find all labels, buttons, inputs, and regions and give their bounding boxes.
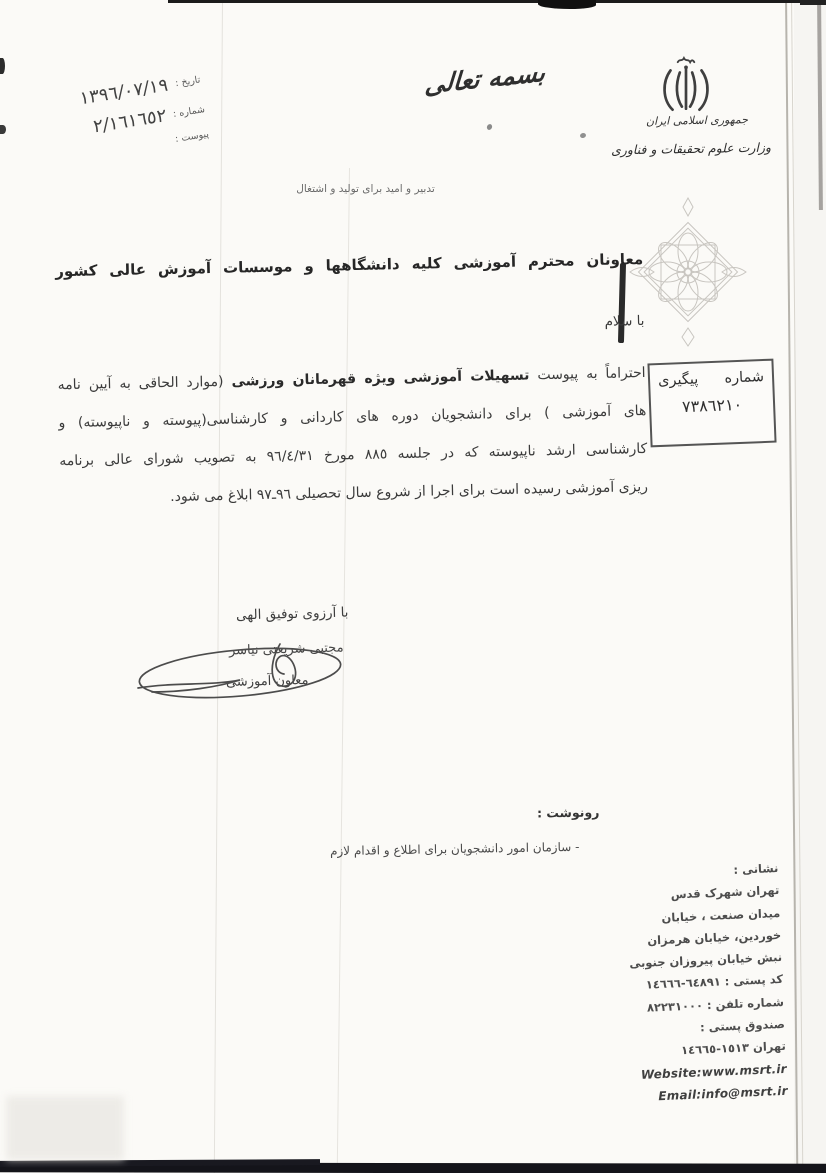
scan-artifact-top-strip bbox=[168, 0, 826, 3]
ink-speck-2 bbox=[579, 132, 586, 138]
cc-item: - سازمان امور دانشجویان برای اطلاع و اقد… bbox=[330, 840, 580, 858]
signature-scribble-icon bbox=[122, 628, 360, 716]
scan-artifact-top-blob bbox=[538, 0, 596, 9]
signature-closing: با آرزوی توفیق الهی bbox=[235, 605, 348, 624]
pobox-value: ١٤٦٦٥-١٥١٣ bbox=[681, 1037, 750, 1062]
attachment-label: پیوست : bbox=[174, 129, 209, 145]
tracking-number: ٧٣٨٦٢١٠ bbox=[659, 394, 766, 417]
cc-label: رونوشت : bbox=[536, 804, 599, 820]
scan-artifact-top-right bbox=[800, 0, 826, 5]
letter-meta-block: تاریخ : ١٣٩٦/٠٧/١٩ شماره : ٢/١٦١٦٥٢ پیوس… bbox=[9, 69, 211, 178]
body-paragraph: احتراماً به پیوست تسهیلات آموزشی ویژه قه… bbox=[57, 354, 648, 518]
date-label: تاریخ : bbox=[175, 74, 202, 89]
body-line-1-post: (موارد الحاقی به آیین نامه bbox=[58, 374, 224, 393]
iran-emblem bbox=[655, 56, 717, 118]
date-value: ١٣٩٦/٠٧/١٩ bbox=[79, 74, 169, 109]
postal-code-label: کد پستی : bbox=[725, 972, 784, 988]
phone-value: ٨٢٢٣١٠٠٠ bbox=[647, 994, 704, 1019]
government-name: جمهوری اسلامی ایران bbox=[617, 113, 777, 129]
footer-address-block: نشانی : تهران شهرک قدس میدان صنعت ، خیاب… bbox=[625, 857, 788, 1108]
ink-speck-1 bbox=[486, 123, 493, 131]
phone-label: شماره تلفن : bbox=[707, 995, 785, 1012]
number-label: شماره : bbox=[172, 104, 205, 120]
tracking-label: شماره پیگیری bbox=[658, 369, 765, 389]
allah-emblem-icon bbox=[655, 56, 717, 118]
salutation: با سلام bbox=[604, 313, 644, 330]
scan-mark-left-1 bbox=[0, 58, 5, 74]
scanned-letter-page: بسمه تعالی جمهوری اسلامی ایران وزارت علو… bbox=[0, 0, 826, 1173]
fold-crease-left bbox=[214, 0, 223, 1173]
scan-mark-left-2 bbox=[0, 125, 6, 134]
body-line-1-bold: تسهیلات آموزشی ویژه قهرمانان ورزشی bbox=[231, 367, 529, 389]
postal-code-value: ١٤٦٦٦-٦٤٨٩١ bbox=[646, 971, 722, 996]
tracking-number-box: شماره پیگیری ٧٣٨٦٢١٠ bbox=[647, 359, 776, 448]
body-line-1-pre: احتراماً به پیوست bbox=[537, 365, 646, 383]
bismillah-calligraphy: بسمه تعالی bbox=[417, 57, 552, 100]
ministry-name: وزارت علوم تحقیقات و فناوری bbox=[600, 139, 782, 157]
scan-smudge-bottom-left bbox=[6, 1096, 124, 1160]
letter-body-area: معاونان محترم آموزشی کلیه دانشگاهها و مو… bbox=[55, 250, 643, 262]
pobox-city: تهران bbox=[753, 1039, 786, 1054]
handwritten-signature bbox=[122, 628, 360, 716]
recipient-line: معاونان محترم آموزشی کلیه دانشگاهها و مو… bbox=[55, 250, 643, 280]
letterhead-slogan: تدبیر و امید برای تولید و اشتغال bbox=[238, 183, 493, 195]
number-value: ٢/١٦١٦٥٢ bbox=[93, 105, 167, 138]
